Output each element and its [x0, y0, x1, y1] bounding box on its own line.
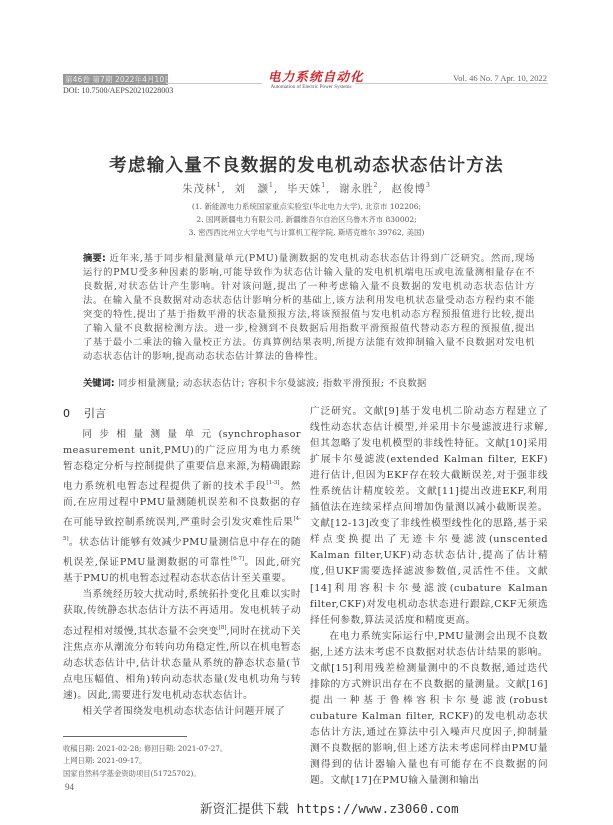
body-column-left: 同步相量测量单元(synchrophasor measurement unit,…	[63, 427, 301, 720]
header-divider-left	[166, 83, 262, 84]
affiliation-2: 2. 国网新疆电力有限公司, 新疆维吾尔自治区乌鲁木齐市 830002;	[0, 214, 613, 225]
affiliation-3: 3. 密西西比州立大学电气与计算机工程学院, 斯塔克维尔 39762, 美国)	[0, 227, 613, 238]
citation-ref: [6-7]	[231, 556, 244, 562]
author-name: 谢永胜	[339, 183, 374, 195]
section-number: 0	[63, 407, 70, 420]
abstract-text: 近年来,基于同步相量测量单元(PMU)量测数据的发电机动态状态估计得到广泛研究。…	[83, 253, 535, 362]
keywords-text: 同步相量测量; 动态状态估计; 容积卡尔曼滤波; 指数平滑预报; 不良数据	[118, 378, 427, 389]
author-list: 朱茂林1, 刘 灏1, 毕天姝1, 谢永胜2, 赵俊博3	[0, 181, 613, 196]
journal-name-en: Automation of Electric Power Systems	[268, 84, 354, 91]
footnote-funding: 国家自然科学基金资助项目(51725702)。	[63, 768, 227, 780]
paragraph: 在电力系统实际运行中,PMU量测会出现不良数据,上述方法未考虑不良数据对状态估计…	[310, 629, 548, 789]
volume-info: Vol. 46 No. 7 Apr. 10, 2022	[453, 73, 547, 83]
footnote-received: 收稿日期: 2021-02-28; 修回日期: 2021-07-27。	[63, 743, 227, 755]
author-affiliation-mark: 1	[269, 182, 274, 189]
citation-ref: [1-3]	[266, 480, 279, 486]
paragraph: 当系统经历较大扰动时,系统拓扑变化且难以实时获取,传统静态状态估计方法不再适用。…	[63, 587, 301, 703]
author-name: 毕天姝	[287, 183, 322, 195]
issue-badge: 第46卷 第7期 2022年4月10日	[63, 74, 168, 85]
section-title: 引言	[84, 407, 106, 420]
paragraph-text: 相关学者围绕发电机动态状态估计问题开展了	[82, 706, 285, 717]
affiliation-1: (1. 新能源电力系统国家重点实验室(华北电力大学), 北京市 102206;	[0, 201, 613, 212]
author-name: 朱茂林	[182, 183, 217, 195]
paragraph: 相关学者围绕发电机动态状态估计问题开展了	[63, 704, 301, 720]
doi-text: DOI: 10.7500/AEPS20210228003	[63, 86, 173, 95]
author-affiliation-mark: 1	[217, 182, 222, 189]
keywords-label: 关键词:	[83, 378, 115, 389]
journal-logo: 电力系统自动化 Automation of Electric Power Sys…	[268, 70, 354, 91]
author-name: 赵俊博	[392, 183, 427, 195]
author-affiliation-mark: 3	[426, 182, 431, 189]
page-number: 94	[65, 782, 74, 792]
keywords: 关键词: 同步相量测量; 动态状态估计; 容积卡尔曼滤波; 指数平滑预报; 不良…	[83, 377, 543, 391]
abstract-label: 摘要:	[83, 253, 106, 264]
paragraph: 同步相量测量单元(synchrophasor measurement unit,…	[63, 427, 301, 587]
download-watermark: 新资汇提供下载 https://www.z3060.com	[200, 799, 459, 817]
footnote-online: 上网日期: 2021-09-17。	[63, 755, 227, 767]
footnote-divider	[63, 736, 187, 737]
abstract: 摘要: 近年来,基于同步相量测量单元(PMU)量测数据的发电机动态状态估计得到广…	[83, 252, 535, 364]
author-name: 刘 灏	[234, 183, 269, 195]
paper-title: 考虑输入量不良数据的发电机动态状态估计方法	[0, 152, 613, 177]
paragraph: 广泛研究。文献[9]基于发电机二阶动态方程建立了线性动态状态估计模型,并采用卡尔…	[310, 404, 548, 629]
footnotes: 收稿日期: 2021-02-28; 修回日期: 2021-07-27。 上网日期…	[63, 743, 227, 780]
journal-name-cn: 电力系统自动化	[268, 70, 354, 84]
header-divider-right	[355, 83, 548, 84]
author-affiliation-mark: 1	[321, 182, 326, 189]
author-affiliation-mark: 2	[374, 182, 379, 189]
section-heading: 0引言	[63, 405, 106, 421]
body-column-right: 广泛研究。文献[9]基于发电机二阶动态方程建立了线性动态状态估计模型,并采用卡尔…	[310, 404, 548, 789]
